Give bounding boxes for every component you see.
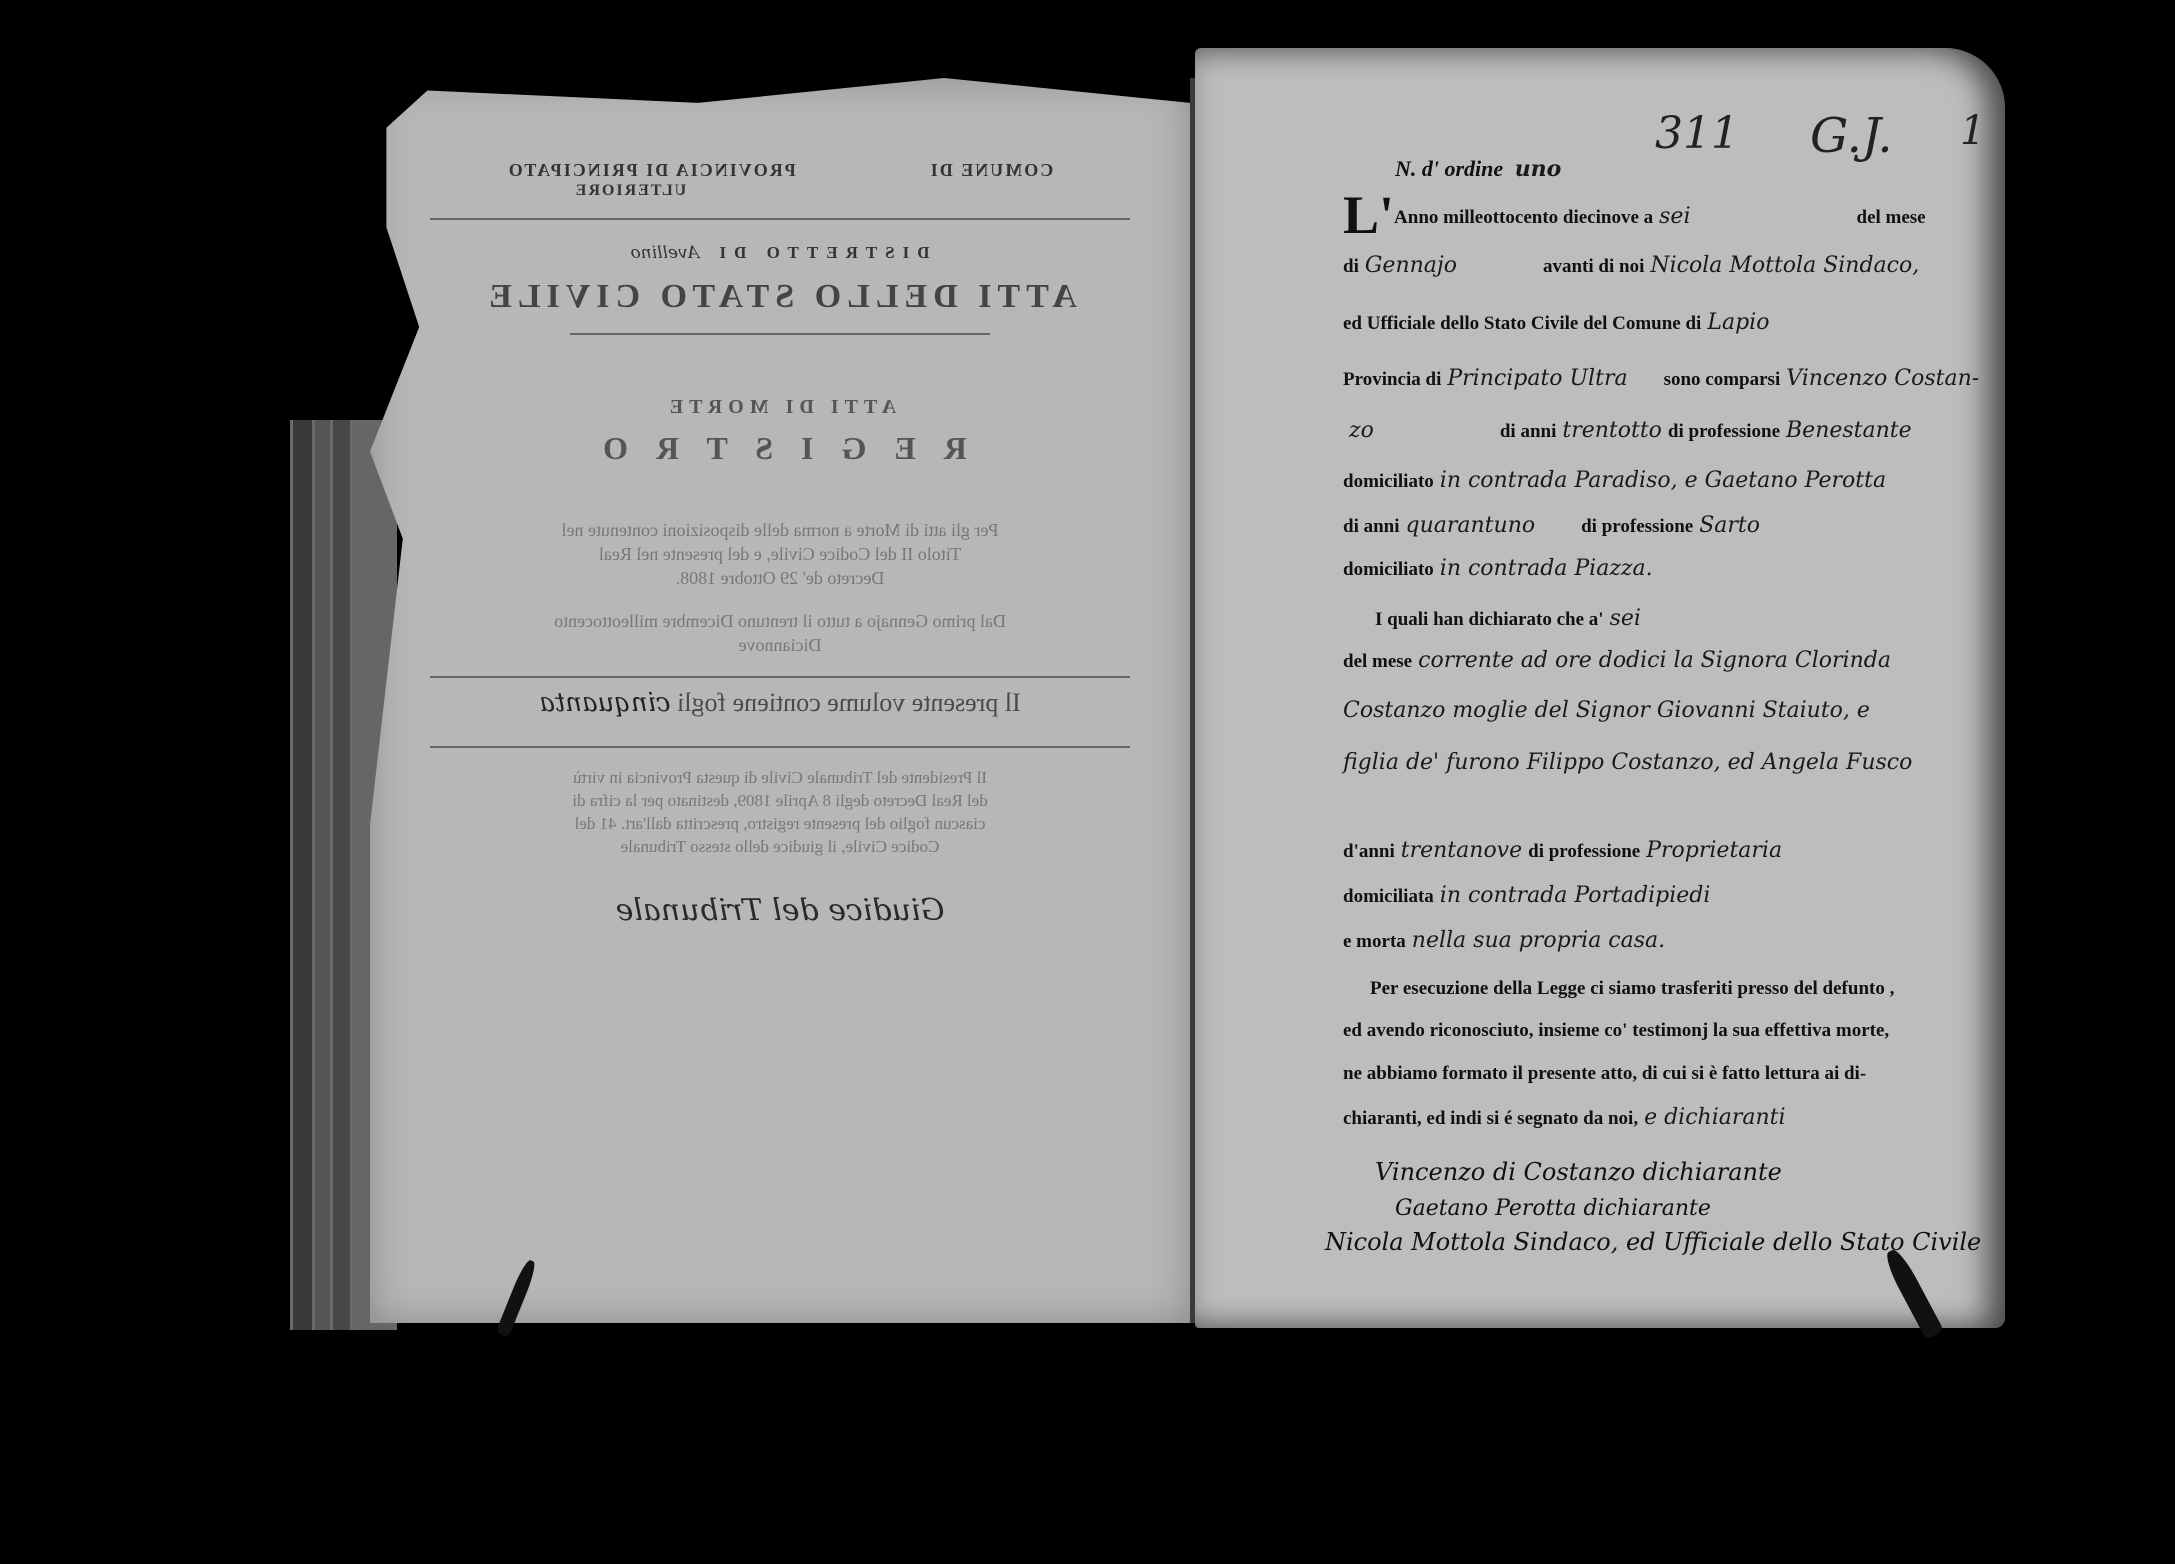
handwritten-profession: Sarto — [1699, 513, 1760, 538]
tribunal-paragraph-line: Il Presidente del Tribunale Civile di qu… — [370, 768, 1190, 788]
handwritten-age: quarantuno — [1406, 513, 1536, 538]
legal-text-line: Per esecuzione della Legge ci siamo tras… — [1370, 978, 1990, 1000]
printed-text: d'anni — [1343, 841, 1395, 862]
printed-text: di professione — [1581, 516, 1693, 537]
declaration-intro: I quali han dichiarato che a' — [1375, 609, 1604, 630]
handwritten-declarant-1: Vincenzo Costan- — [1786, 366, 1979, 391]
handwritten-month: Gennajo — [1365, 253, 1457, 278]
scanned-register-spread: COMUNE DI PROVINCIA DI PRINCIPATO ULTERI… — [0, 0, 2175, 1564]
distretto-label: DISTRETTO DI — [711, 243, 929, 262]
volume-statement: Il presente volume contiene fogli — [677, 688, 1021, 717]
handwritten-day: sei — [1659, 204, 1690, 229]
judge-signature: Giudice del Tribunale — [370, 893, 1190, 928]
handwritten-age: trentotto — [1562, 418, 1662, 443]
folio-number: 1 — [1960, 108, 1985, 154]
bleed-through-text: COMUNE DI PROVINCIA DI PRINCIPATO ULTERI… — [370, 78, 1190, 1323]
register-title: ATTI DELLO STATO CIVILE — [370, 278, 1190, 316]
signature-mayor: Nicola Mottola Sindaco, ed Ufficiale del… — [1325, 1228, 1981, 1256]
printed-text: di professione — [1668, 421, 1780, 442]
handwritten-text: zo — [1349, 418, 1374, 443]
handwritten-parents: figlia de' furono Filippo Costanzo, ed A… — [1343, 750, 1912, 775]
registro-heading: R E G I S T R O — [370, 430, 1190, 467]
legal-text-line: ne abbiamo formato il presente atto, di … — [1343, 1063, 1963, 1085]
drop-cap: L' — [1343, 185, 1394, 245]
n-ordine-label: N. d' ordine — [1395, 156, 1503, 181]
printed-text: domiciliata — [1343, 886, 1434, 907]
tribunal-paragraph-line: ciascun foglio del presente registro, pr… — [370, 814, 1190, 834]
distretto-hand: Avellino — [630, 243, 699, 263]
archive-number: 311 — [1655, 108, 1739, 159]
handwritten-profession: Proprietaria — [1646, 838, 1782, 863]
right-page-death-record: 311 G.J. 1 N. d' ordine uno L'Anno mille… — [1195, 48, 2005, 1328]
register-subtitle: ATTI DI MORTE — [370, 396, 1190, 419]
handwritten-deceased: corrente ad ore dodici la Signora Clorin… — [1418, 648, 1891, 673]
printed-text: di — [1343, 256, 1359, 277]
tribunal-paragraph-line: Codice Civile, il giudice dello stesso T… — [370, 837, 1190, 857]
handwritten-place-of-death: nella sua propria casa. — [1412, 928, 1665, 953]
handwritten-domicile: in contrada Piazza. — [1440, 556, 1653, 581]
intro-paragraph-line: Per gli atti di Morte a norma delle disp… — [370, 520, 1190, 541]
handwritten-spouse: Costanzo moglie del Signor Giovanni Stai… — [1343, 698, 1870, 723]
printed-text: del mese — [1857, 207, 1926, 228]
printed-text: avanti di noi — [1543, 256, 1644, 277]
printed-text: domiciliato — [1343, 559, 1434, 580]
printed-text: Provincia di — [1343, 369, 1441, 390]
printed-text: sono comparsi — [1664, 369, 1781, 390]
intro-paragraph-line: Titolo II del Codice Civile, e del prese… — [370, 544, 1190, 565]
header-comune: COMUNE DI — [929, 160, 1054, 180]
printed-text: ed Ufficiale dello Stato Civile del Comu… — [1343, 313, 1701, 334]
header-provincia: PROVINCIA DI PRINCIPATO — [507, 160, 796, 180]
signature-declarant-1: Vincenzo di Costanzo dichiarante — [1375, 1158, 1782, 1186]
handwritten-mayor: Nicola Mottola Sindaco, — [1650, 253, 1919, 278]
printed-text: e morta — [1343, 931, 1406, 952]
printed-text: Anno milleottocento diecinove a — [1394, 207, 1653, 228]
volume-count-hand: cinquanta — [539, 688, 670, 718]
legal-text-line: chiaranti, ed indi si é segnato da noi, — [1343, 1108, 1638, 1129]
legal-text-line: ed avendo riconosciuto, insieme co' test… — [1343, 1020, 1963, 1042]
handwritten-comune: Lapio — [1707, 310, 1769, 335]
archive-mark: G.J. — [1810, 108, 1893, 164]
printed-text: di anni — [1500, 421, 1557, 442]
printed-text: domiciliato — [1343, 471, 1434, 492]
handwritten-age: trentanove — [1401, 838, 1522, 863]
printed-text: di professione — [1528, 841, 1640, 862]
left-page: COMUNE DI PROVINCIA DI PRINCIPATO ULTERI… — [370, 78, 1190, 1323]
handwritten-domicile: in contrada Paradiso, e Gaetano Perotta — [1440, 468, 1886, 493]
handwritten-domicile: in contrada Portadipiedi — [1440, 883, 1711, 908]
tribunal-paragraph-line: del Real Decreto degli 8 Aprile 1809, de… — [370, 791, 1190, 811]
printed-text: del mese — [1343, 651, 1412, 672]
date-range-line: Diciannove — [370, 635, 1190, 656]
n-ordine-value: uno — [1515, 156, 1562, 182]
intro-paragraph-line: Decreto de' 29 Ottobre 1808. — [370, 568, 1190, 589]
header-ulteriore: ULTERIORE — [370, 182, 1190, 200]
handwritten-day: sei — [1610, 606, 1641, 631]
handwritten-provincia: Principato Ultra — [1447, 366, 1627, 391]
signature-declarant-2: Gaetano Perotta dichiarante — [1395, 1196, 1711, 1221]
printed-text: di anni — [1343, 516, 1400, 537]
handwritten-profession: Benestante — [1786, 418, 1912, 443]
date-range-line: Dal primo Gennajo a tutto il trentuno Di… — [370, 611, 1190, 632]
handwritten-text: e dichiaranti — [1644, 1105, 1785, 1130]
